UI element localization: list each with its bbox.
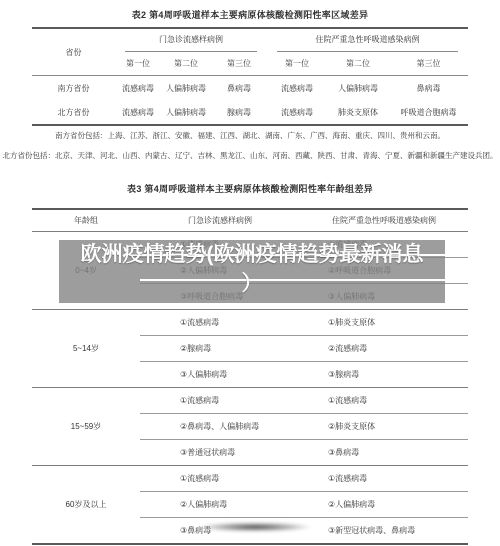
table-cell: ②人偏肺病毒 xyxy=(300,492,468,518)
rank-header: 第二位 xyxy=(327,52,389,76)
headline-line2: ） xyxy=(59,269,445,299)
table-row: 5~14岁 ①流感病毒 ①肺炎支原体 xyxy=(32,310,468,336)
table2-col-header-province: 省份 xyxy=(32,28,115,76)
table-cell: ②鼻病毒、人偏肺病毒 xyxy=(140,414,300,440)
footnote-north-provinces: 北方省份包括：北京、天津、河北、山西、内蒙古、辽宁、吉林、黑龙江、山东、河南、西… xyxy=(0,150,500,161)
headline-overlay: 欧洲疫情趋势(欧洲疫情趋势最新消息 ） xyxy=(59,240,445,303)
table-cell: 流感病毒 xyxy=(115,100,161,125)
table3-col-header-outpatient: 门急诊流感样病例 xyxy=(140,209,300,232)
group-label-inpatient: 住院严重急性呼吸道感染病例 xyxy=(277,29,458,52)
table2-col-group-inpatient: 住院严重急性呼吸道感染病例 xyxy=(267,28,468,52)
table-cell: 流感病毒 xyxy=(267,100,327,125)
table2-header-row-groups: 省份 门急诊流感样病例 住院严重急性呼吸道感染病例 xyxy=(32,28,468,52)
table-row-south: 南方省份 流感病毒 人偏肺病毒 鼻病毒 流感病毒 人偏肺病毒 鼻病毒 xyxy=(32,76,468,101)
table-row: 15~59岁 ①流感病毒 ①流感病毒 xyxy=(32,388,468,414)
rank-header: 第一位 xyxy=(115,52,161,76)
province-cell: 北方省份 xyxy=(32,100,115,125)
table-regional-differences: 省份 门急诊流感样病例 住院严重急性呼吸道感染病例 第一位 第二位 第三位 第一… xyxy=(32,27,468,126)
headline-title: 欧洲疫情趋势(欧洲疫情趋势最新消息 ） xyxy=(59,241,445,299)
table-cell: ②人偏肺病毒 xyxy=(140,492,300,518)
table3-col-header-inpatient: 住院严重急性呼吸道感染病例 xyxy=(300,209,468,232)
table-cell: ②腺病毒 xyxy=(140,336,300,362)
table-cell: ①流感病毒 xyxy=(140,310,300,336)
blurred-watermark xyxy=(198,522,312,532)
table-cell: 人偏肺病毒 xyxy=(161,100,211,125)
table-row-north: 北方省份 流感病毒 人偏肺病毒 腺病毒 流感病毒 肺炎支原体 呼吸道合胞病毒 xyxy=(32,100,468,125)
table-row: 60岁及以上 ①流感病毒 ①流感病毒 xyxy=(32,466,468,492)
table-cell: 流感病毒 xyxy=(115,76,161,101)
table-cell: ①流感病毒 xyxy=(140,466,300,492)
group-label-outpatient: 门急诊流感样病例 xyxy=(125,29,257,52)
table-cell: ①流感病毒 xyxy=(300,466,468,492)
age-group-cell: 5~14岁 xyxy=(32,310,140,388)
footnote-south-provinces: 南方省份包括：上海、江苏、浙江、安徽、福建、江西、湖北、湖南、广东、广西、海南、… xyxy=(0,130,500,141)
table-cell: ③人偏肺病毒 xyxy=(140,362,300,388)
table2-col-group-outpatient: 门急诊流感样病例 xyxy=(115,28,267,52)
table-cell: ③普通冠状病毒 xyxy=(140,440,300,466)
article-page: 表2 第4周呼吸道样本主要病原体核酸检测阳性率区域差异 省份 门急诊流感样病例 … xyxy=(0,0,500,546)
table-cell: 人偏肺病毒 xyxy=(327,76,389,101)
rank-header: 第一位 xyxy=(267,52,327,76)
table-cell: 腺病毒 xyxy=(211,100,267,125)
table-cell: ②肺炎支原体 xyxy=(300,414,468,440)
table-cell: 人偏肺病毒 xyxy=(161,76,211,101)
table-cell: ①肺炎支原体 xyxy=(300,310,468,336)
rank-header: 第二位 xyxy=(161,52,211,76)
table3-col-header-age: 年龄组 xyxy=(32,209,140,232)
table-cell: 肺炎支原体 xyxy=(327,100,389,125)
table3-title: 表3 第4周呼吸道样本主要病原体核酸检测阳性率年龄组差异 xyxy=(0,182,500,195)
table-cell: 流感病毒 xyxy=(267,76,327,101)
table-cell: 鼻病毒 xyxy=(389,76,468,101)
table-cell: 鼻病毒 xyxy=(211,76,267,101)
table2-title: 表2 第4周呼吸道样本主要病原体核酸检测阳性率区域差异 xyxy=(0,8,500,21)
table-cell: 呼吸道合胞病毒 xyxy=(389,100,468,125)
table-cell: ②流感病毒 xyxy=(300,336,468,362)
age-group-cell: 15~59岁 xyxy=(32,388,140,466)
rank-header: 第三位 xyxy=(211,52,267,76)
table-cell: ③腺病毒 xyxy=(300,362,468,388)
province-cell: 南方省份 xyxy=(32,76,115,101)
table-cell: ③新型冠状病毒、鼻病毒 xyxy=(300,518,468,545)
rank-header: 第三位 xyxy=(389,52,468,76)
age-group-cell: 60岁及以上 xyxy=(32,466,140,545)
table-cell: ③鼻病毒 xyxy=(300,440,468,466)
headline-line1: 欧洲疫情趋势(欧洲疫情趋势最新消息 xyxy=(81,243,424,266)
table-cell: ①流感病毒 xyxy=(140,388,300,414)
table3-header-row: 年龄组 门急诊流感样病例 住院严重急性呼吸道感染病例 xyxy=(32,209,468,232)
table-cell: ①流感病毒 xyxy=(300,388,468,414)
